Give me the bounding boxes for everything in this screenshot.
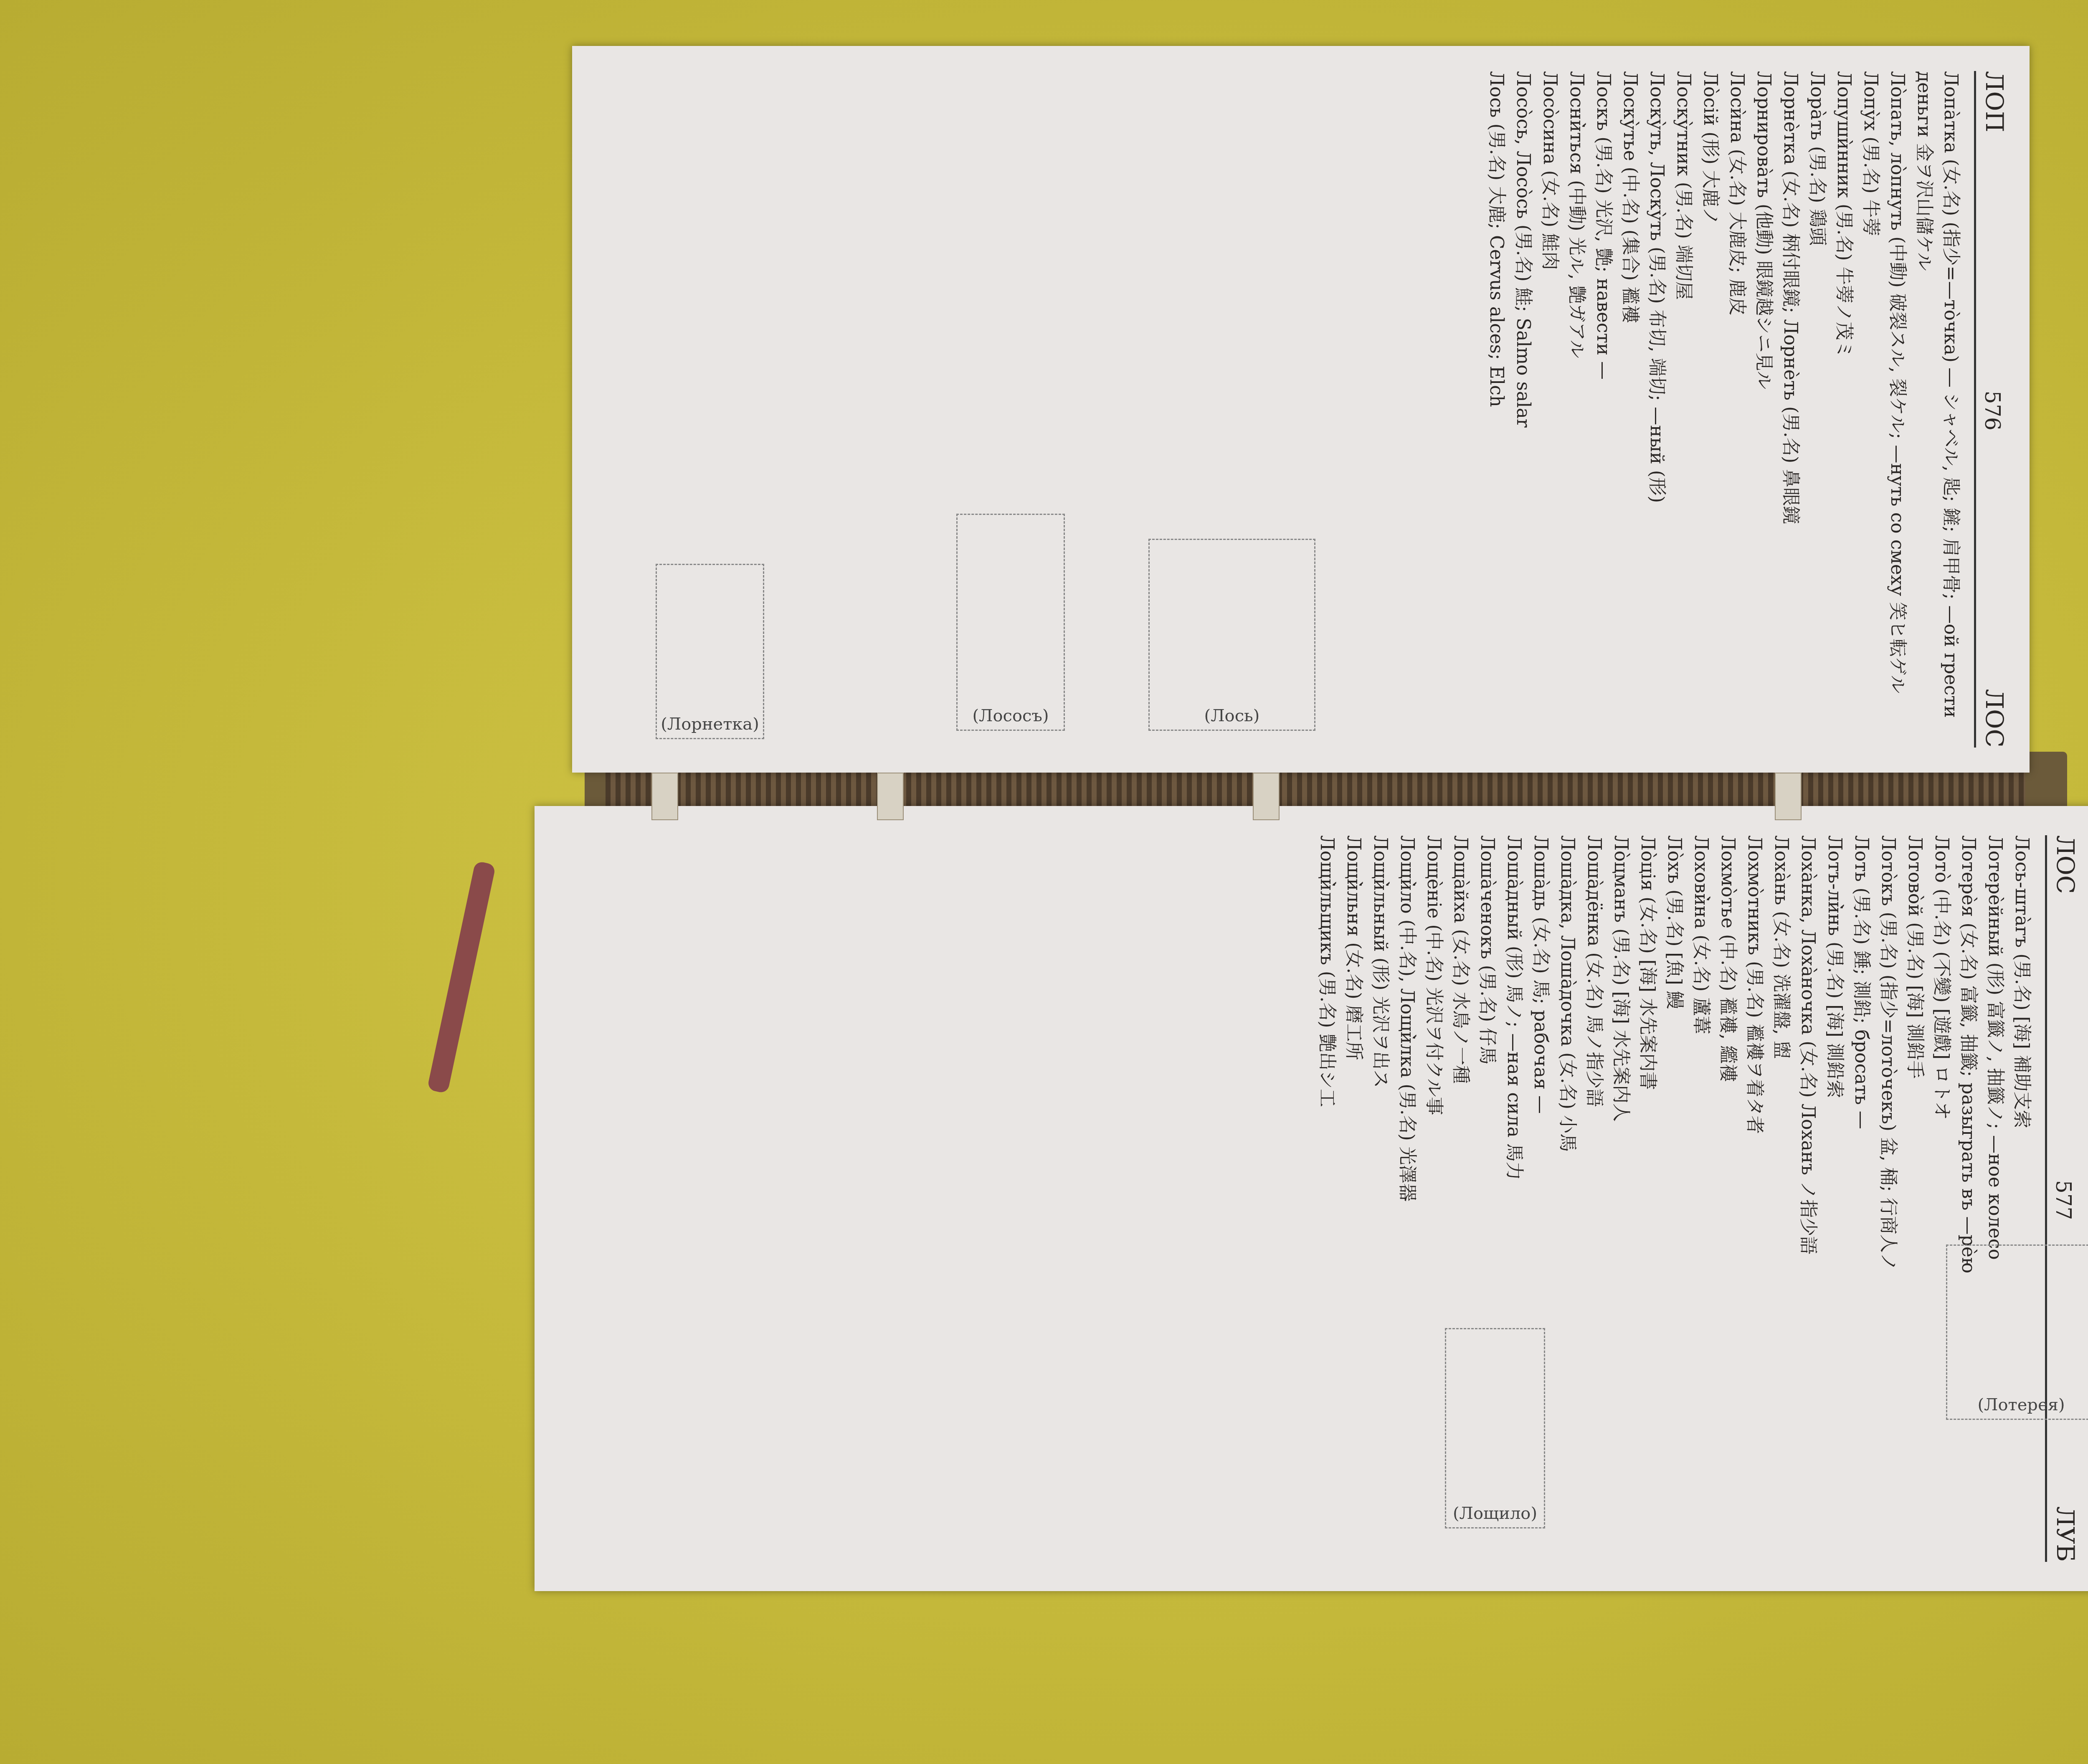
dictionary-entry: Лопа̀тка (女.名) (指少=—то̀чка) ― シャベル, 匙; 鏟… bbox=[1911, 71, 1964, 748]
illustration-caption: (Лорнетка) bbox=[661, 715, 759, 734]
dictionary-entry: Лоску̀тье (中.名) (集合) 襤褸 bbox=[1617, 71, 1643, 748]
dictionary-entry: Лощѐніе (中.名) 光沢ヲ付クル事 bbox=[1420, 835, 1447, 1562]
dictionary-entry: Лопу̀х (男.名) 牛蒡 bbox=[1857, 71, 1884, 748]
dictionary-entry: Лопушѝнник (男.名) 牛蒡ノ茂ミ bbox=[1830, 71, 1857, 748]
dictionary-entry: Ло̀хъ (男.名) [魚] 鰻 bbox=[1661, 835, 1688, 1562]
dictionary-entries: Лось-шта̀гъ (男.名) [海] 補助支索 Лотерѐйный (形… bbox=[1313, 835, 2035, 1562]
dictionary-entry: Ло̀пать, ло̀пнуть (中動) 破裂スル, 裂ケル; —нуть … bbox=[1884, 71, 1911, 748]
dictionary-entry: Лора̀ть (男.名) 鶏頭 bbox=[1804, 71, 1830, 748]
binding-stitch bbox=[651, 773, 678, 820]
dictionary-entry: Ло̀ція (女.名) [海] 水先案内書 bbox=[1634, 835, 1661, 1562]
dictionary-entry: Лотерѐйный (形) 富籤ノ, 抽籤ノ; —ное колесо bbox=[1982, 835, 2008, 1562]
page-header: ЛОП 576 ЛОС bbox=[1974, 71, 2009, 748]
illustration-caption: (Лососъ) bbox=[972, 706, 1049, 725]
dictionary-entry: Лосо̀сина (女.名) 鮭肉 bbox=[1536, 71, 1563, 748]
page-577-content: ЛОС 577 ЛУБ Лось-шта̀гъ (男.名) [海] 補助支索 Л… bbox=[568, 835, 2080, 1562]
dictionary-entry: Лоха̀нь (女.名) 洗濯盤, 盥 bbox=[1768, 835, 1794, 1562]
dictionary-entry: Лохови̇̀на (女.名) 蘆葦 bbox=[1688, 835, 1714, 1562]
dictionary-entry: Ло̀сій (形) 大鹿ノ bbox=[1697, 71, 1723, 748]
page-number: 576 bbox=[1980, 390, 2004, 430]
dictionary-entry: Лосѝна (女.名) 大鹿皮; 鹿皮 bbox=[1723, 71, 1750, 748]
dictionary-entry: Лосо̀сь, Лосо̀сь (男.名) 鮭; Salmo salar bbox=[1510, 71, 1536, 748]
header-right-guide-word: ЛУБ bbox=[2051, 1506, 2080, 1562]
dictionary-entry: Лорнирова̀ть (他動) 眼鏡越シニ見ル bbox=[1750, 71, 1777, 748]
illustration-caption: (Лось) bbox=[1204, 706, 1260, 725]
page-header: ЛОС 577 ЛУБ bbox=[2045, 835, 2080, 1562]
binding-stitch bbox=[1775, 773, 1802, 820]
dictionary-entry: Ло̀цманъ (男.名) [海] 水先案内人 bbox=[1607, 835, 1634, 1562]
dictionary-entry: Лоскъ (男.名) 光沢, 艶; навести — bbox=[1590, 71, 1617, 748]
dictionary-entry: Лоску̀тник (男.名) 端切屋 bbox=[1670, 71, 1697, 748]
dictionary-entry: Лоха̀нка, Лоха̀ночка (女.名) Лоханъ ノ指少語 bbox=[1794, 835, 1821, 1562]
page-number: 577 bbox=[2051, 1180, 2075, 1220]
dictionary-entry: Лоску̀ть, Лоску̀ть (男.名) 布切, 端切; —ный (形… bbox=[1643, 71, 1670, 748]
dictionary-entry: Лотъ-ли̇̀нь (男.名) [海] 測鉛索 bbox=[1821, 835, 1848, 1562]
binding-stitch bbox=[1253, 773, 1280, 820]
dictionary-entry: Лось (男.名) 大鹿; Cervus alces; Elch bbox=[1483, 71, 1510, 748]
dictionary-entry: Лосни̇̀ться (中動) 光ル, 艶ガアル bbox=[1563, 71, 1590, 748]
dictionary-entry: Лощи̇̀льщикъ (男.名) 艶出シ工 bbox=[1313, 835, 1340, 1562]
dictionary-entry: Лотерѐя (女.名) 富籤, 抽籤; разыграть въ —рѐю bbox=[1955, 835, 1982, 1562]
dictionary-entry: Лорнѐтка (女.名) 柄付眼鏡; Лорнѐть (男.名) 鼻眼鏡 bbox=[1777, 71, 1804, 748]
dictionary-entry: Лощи̇̀льня (女.名) 磨工所 bbox=[1340, 835, 1367, 1562]
dictionary-entry: Лоша̀дка, Лоша̀дочка (女.名) 小馬 bbox=[1554, 835, 1581, 1562]
dictionary-entry: Лощи̇̀льный (形) 光沢ヲ出ス bbox=[1367, 835, 1394, 1562]
binding-stitch bbox=[877, 773, 904, 820]
illustration-burnisher: (Лощило) bbox=[1445, 1328, 1545, 1528]
illustration-caption: (Лотерея) bbox=[1978, 1395, 2065, 1414]
illustration-lorgnette: (Лорнетка) bbox=[656, 564, 764, 739]
dictionary-entry: Лоша̀дёнка (女.名) 馬ノ指少語 bbox=[1581, 835, 1607, 1562]
dictionary-entry: Лото̀къ (男.名) (指少=лото̀чекъ) 盆, 桶; 行商人ノ bbox=[1875, 835, 1901, 1562]
dictionary-entry: Лохмо̀тье (中.名) 襤褸, 繿褸 bbox=[1714, 835, 1741, 1562]
dictionary-entry: Лохмо̀тникъ (男.名) 襤褸ヲ着タ者 bbox=[1741, 835, 1768, 1562]
dictionary-entry: Лось-шта̀гъ (男.名) [海] 補助支索 bbox=[2008, 835, 2035, 1562]
dictionary-entry: Лото̀ (中.名) (不變) [遊戲] ロトオ bbox=[1928, 835, 1955, 1562]
dictionary-entry: Лоть (男.名) 錘; 測鉛; бросать — bbox=[1848, 835, 1875, 1562]
illustration-moose: (Лось) bbox=[1148, 539, 1315, 731]
illustration-caption: (Лощило) bbox=[1453, 1504, 1537, 1523]
header-right-guide-word: ЛОС bbox=[1980, 689, 2009, 748]
dictionary-entries: Лопа̀тка (女.名) (指少=—то̀чка) ― シャベル, 匙; 鏟… bbox=[1483, 71, 1964, 748]
page-577: ЛОС 577 ЛУБ Лось-шта̀гъ (男.名) [海] 補助支索 Л… bbox=[535, 806, 2088, 1591]
page-576: ЛОП 576 ЛОС Лопа̀тка (女.名) (指少=—то̀чка) … bbox=[572, 46, 2030, 773]
illustration-lottery: (Лотерея) bbox=[1946, 1244, 2088, 1420]
dictionary-entry: Лотово̀й (男.名) [海] 測鉛手 bbox=[1901, 835, 1928, 1562]
header-left-guide-word: ЛОП bbox=[1980, 71, 2009, 132]
header-left-guide-word: ЛОС bbox=[2051, 835, 2080, 894]
illustration-salmon: (Лососъ) bbox=[956, 514, 1065, 731]
dictionary-entry: Лощи̇̀ло (中.名), Лощи̇̀лка (男.名) 光澤器 bbox=[1394, 835, 1420, 1562]
